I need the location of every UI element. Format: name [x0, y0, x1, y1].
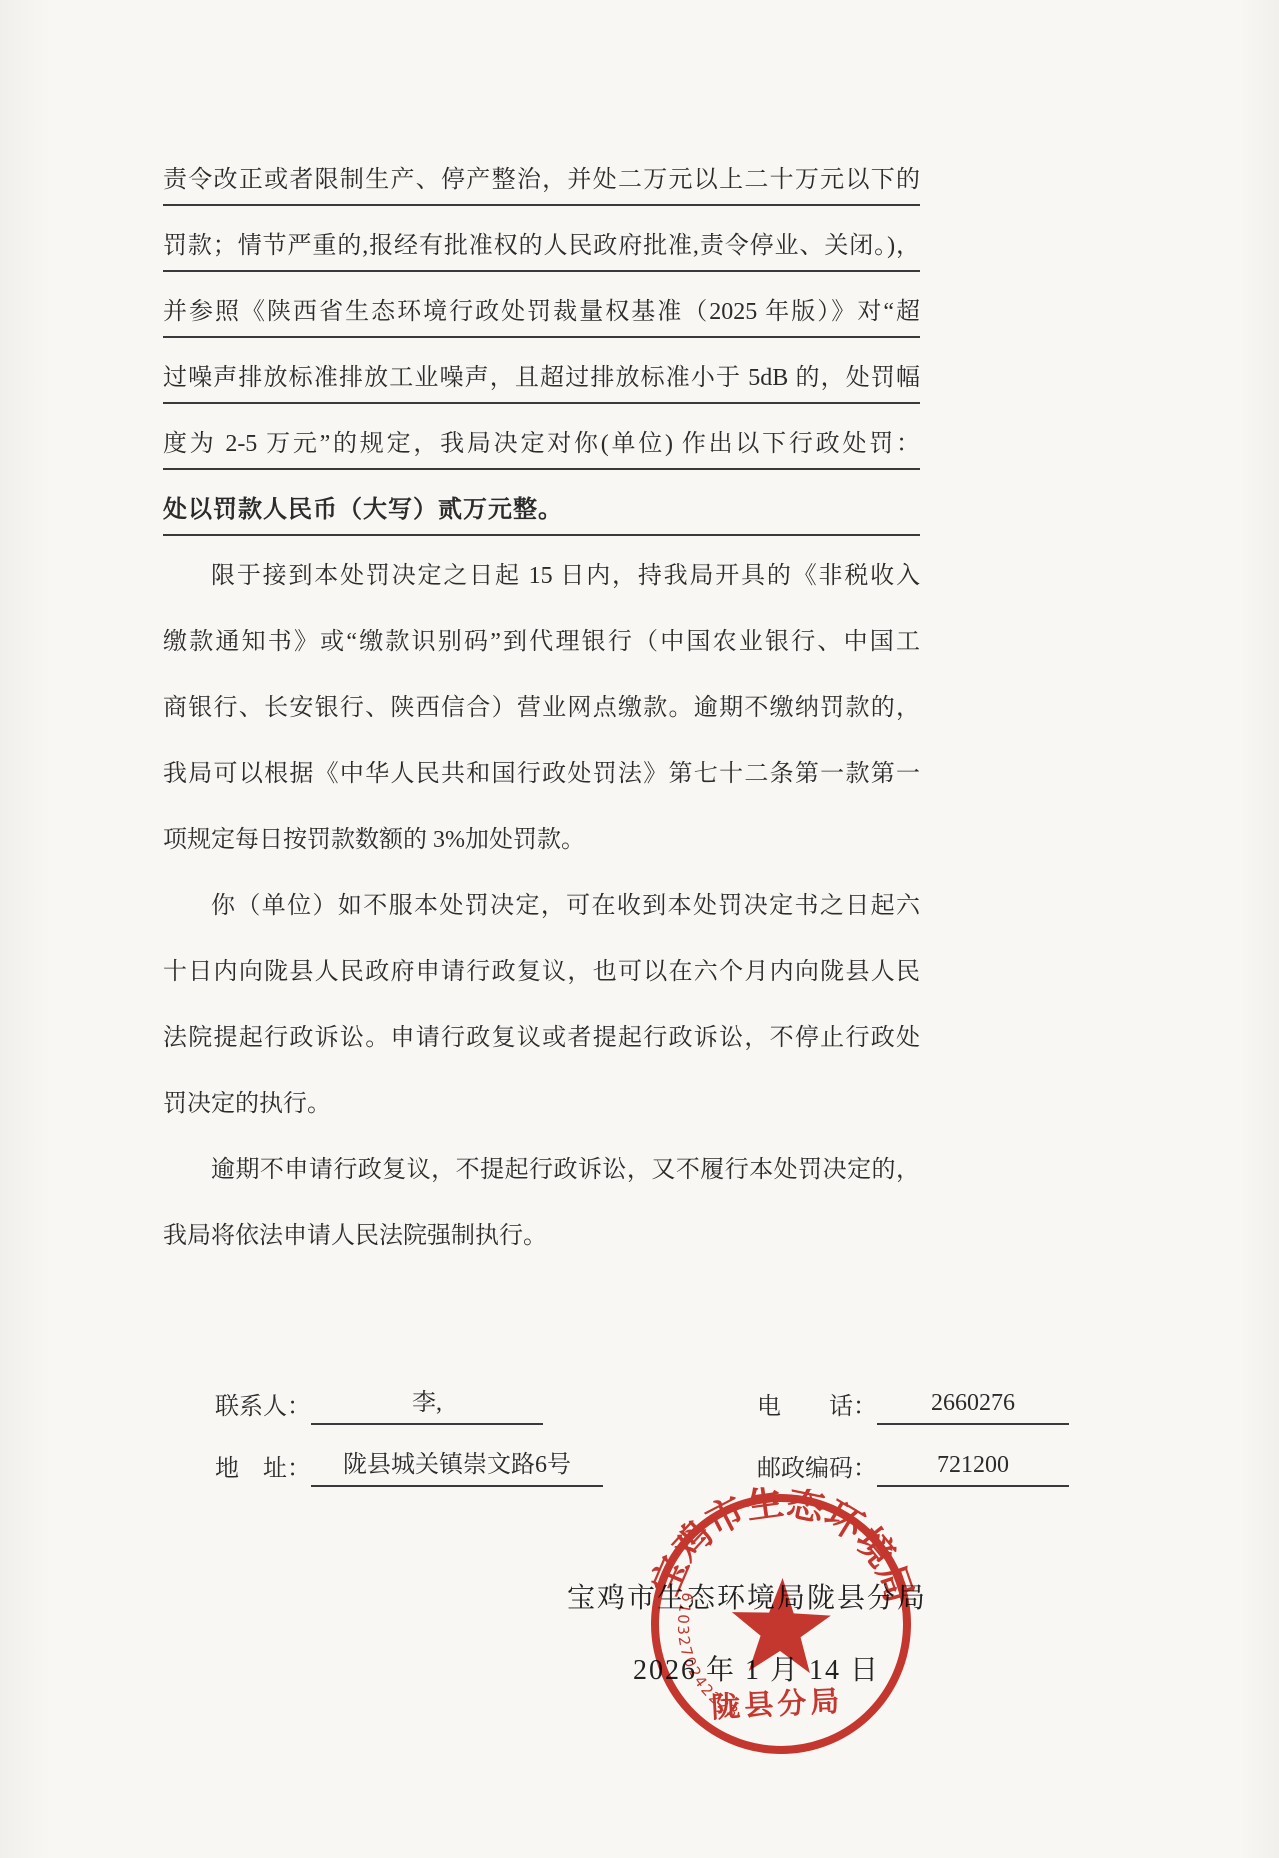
stamp-star-icon: [730, 1576, 832, 1673]
text-line: 法院提起行政诉讼。申请行政复议或者提起行政诉讼，不停止行政处: [163, 1018, 920, 1084]
text-line: 我局可以根据《中华人民共和国行政处罚法》第七十二条第一款第一: [163, 754, 920, 820]
text-line: 限于接到本处罚决定之日起 15 日内，持我局开具的《非税收入: [163, 556, 920, 622]
postal-value: 721200: [877, 1447, 1069, 1487]
text-line: 商银行、长安银行、陕西信合）营业网点缴款。逾期不缴纳罚款的，: [163, 688, 920, 754]
text-line: 罚决定的执行。: [163, 1084, 920, 1150]
text-line: 逾期不申请行政复议，不提起行政诉讼，又不履行本处罚决定的，: [163, 1150, 920, 1216]
phone-group: 电 话：2660276: [757, 1385, 1069, 1425]
scanned-document-page: 责令改正或者限制生产、停产整治，并处二万元以上二十万元以下的罚款；情节严重的,报…: [0, 0, 1279, 1858]
stamp-graphic: 宝鸡市生态环境局 陇县分局 6103270242223: [640, 1483, 921, 1764]
document-body: 责令改正或者限制生产、停产整治，并处二万元以上二十万元以下的罚款；情节严重的,报…: [163, 160, 920, 1282]
paragraphs: 限于接到本处罚决定之日起 15 日内，持我局开具的《非税收入缴款通知书》或“缴款…: [163, 556, 920, 1282]
contact-row-1: 联系人：李, 电 话：2660276: [163, 1385, 1163, 1447]
text-line: 缴款通知书》或“缴款识别码”到代理银行（中国农业银行、中国工: [163, 622, 920, 688]
penalty-amount-line: 处以罚款人民币（大写）贰万元整。: [163, 490, 920, 536]
phone-value: 2660276: [877, 1385, 1069, 1425]
underlined-text-line: 罚款；情节严重的,报经有批准权的人民政府批准,责令停业、关闭。)，: [163, 226, 920, 272]
official-red-stamp: 宝鸡市生态环境局 陇县分局 6103270242223: [640, 1483, 921, 1764]
underlined-block: 责令改正或者限制生产、停产整治，并处二万元以上二十万元以下的罚款；情节严重的,报…: [163, 160, 920, 536]
underlined-text-line: 度为 2-5 万元”的规定，我局决定对你(单位) 作出以下行政处罚：: [163, 424, 920, 470]
text-line: 十日内向陇县人民政府申请行政复议，也可以在六个月内向陇县人民: [163, 952, 920, 1018]
text-line: 你（单位）如不服本处罚决定，可在收到本处罚决定书之日起六: [163, 886, 920, 952]
underlined-text-line: 过噪声排放标准排放工业噪声，且超过排放标准小于 5dB 的，处罚幅: [163, 358, 920, 404]
phone-label: 电 话：: [757, 1389, 877, 1425]
postal-group: 邮政编码：721200: [757, 1447, 1069, 1487]
contact-person-label: 联系人：: [215, 1389, 311, 1425]
contact-person-value: 李,: [311, 1385, 543, 1425]
address-label: 地 址：: [215, 1451, 311, 1487]
address-value: 陇县城关镇崇文路6号: [311, 1447, 603, 1487]
underlined-text-line: 责令改正或者限制生产、停产整治，并处二万元以上二十万元以下的: [163, 160, 920, 206]
text-line: 项规定每日按罚款数额的 3%加处罚款。: [163, 820, 920, 886]
postal-label: 邮政编码：: [757, 1451, 877, 1487]
text-line: 我局将依法申请人民法院强制执行。: [163, 1216, 920, 1282]
underlined-text-line: 并参照《陕西省生态环境行政处罚裁量权基准（2025 年版）》对“超: [163, 292, 920, 338]
